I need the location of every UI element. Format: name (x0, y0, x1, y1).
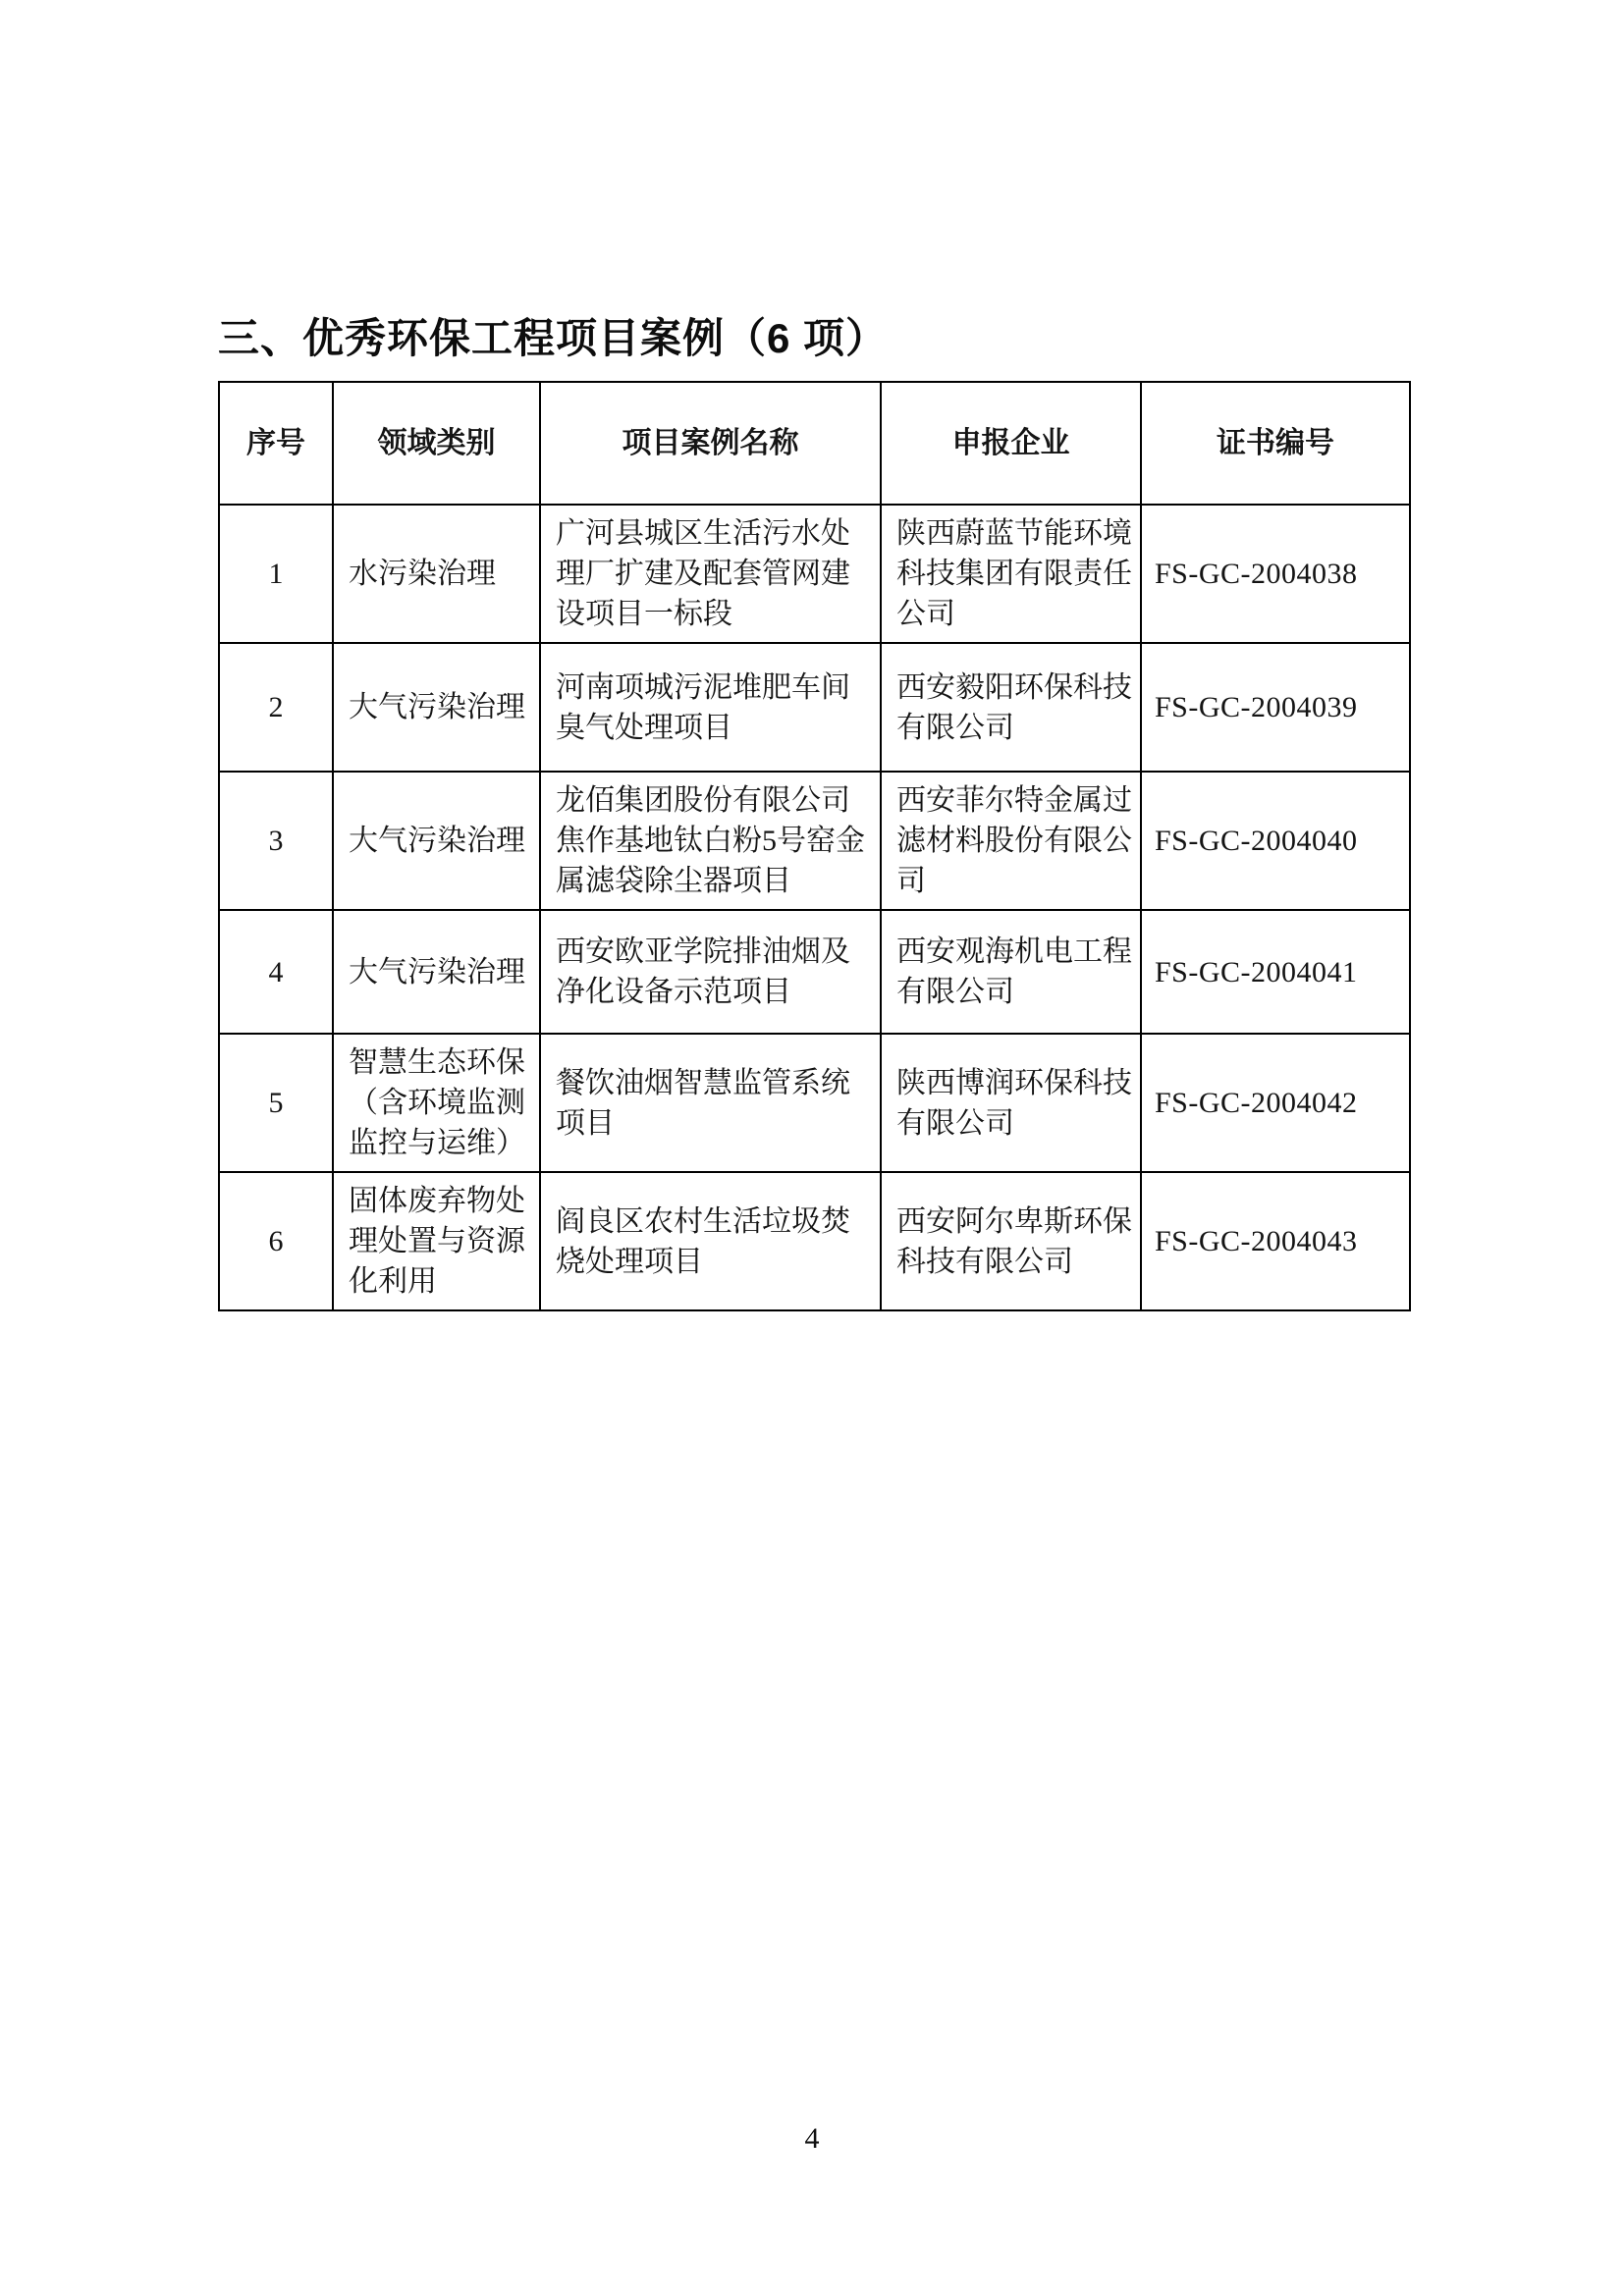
cell-project: 广河县城区生活污水处理厂扩建及配套管网建设项目一标段 (540, 505, 881, 643)
cell-cert: FS-GC-2004043 (1141, 1172, 1410, 1310)
cell-company: 西安菲尔特金属过滤材料股份有限公司 (881, 772, 1141, 910)
cell-project: 河南项城污泥堆肥车间臭气处理项目 (540, 643, 881, 772)
cell-cert: FS-GC-2004042 (1141, 1034, 1410, 1172)
cell-category: 水污染治理 (333, 505, 540, 643)
table-row: 3 大气污染治理 龙佰集团股份有限公司焦作基地钛白粉5号窑金属滤袋除尘器项目 西… (219, 772, 1410, 910)
cell-index: 2 (219, 643, 333, 772)
section-title: 三、优秀环保工程项目案例（6 项） (218, 314, 1409, 363)
table-row: 5 智慧生态环保（含环境监测监控与运维） 餐饮油烟智慧监管系统项目 陕西博润环保… (219, 1034, 1410, 1172)
cell-cert: FS-GC-2004041 (1141, 910, 1410, 1034)
cell-category: 大气污染治理 (333, 643, 540, 772)
cell-company: 西安观海机电工程有限公司 (881, 910, 1141, 1034)
cell-project: 阎良区农村生活垃圾焚烧处理项目 (540, 1172, 881, 1310)
column-header-cert: 证书编号 (1141, 382, 1410, 505)
cell-index: 6 (219, 1172, 333, 1310)
cell-index: 5 (219, 1034, 333, 1172)
cell-company: 陕西博润环保科技有限公司 (881, 1034, 1141, 1172)
table-header-row: 序号 领域类别 项目案例名称 申报企业 证书编号 (219, 382, 1410, 505)
projects-table: 序号 领域类别 项目案例名称 申报企业 证书编号 1 水污染治理 广河县城区生活… (218, 381, 1411, 1311)
cell-project: 餐饮油烟智慧监管系统项目 (540, 1034, 881, 1172)
cell-company: 陕西蔚蓝节能环境科技集团有限责任公司 (881, 505, 1141, 643)
cell-company: 西安阿尔卑斯环保科技有限公司 (881, 1172, 1141, 1310)
cell-project: 龙佰集团股份有限公司焦作基地钛白粉5号窑金属滤袋除尘器项目 (540, 772, 881, 910)
page-number: 4 (0, 2122, 1624, 2156)
cell-index: 3 (219, 772, 333, 910)
cell-index: 4 (219, 910, 333, 1034)
cell-cert: FS-GC-2004039 (1141, 643, 1410, 772)
cell-category: 智慧生态环保（含环境监测监控与运维） (333, 1034, 540, 1172)
column-header-company: 申报企业 (881, 382, 1141, 505)
table-row: 6 固体废弃物处理处置与资源化利用 阎良区农村生活垃圾焚烧处理项目 西安阿尔卑斯… (219, 1172, 1410, 1310)
cell-cert: FS-GC-2004038 (1141, 505, 1410, 643)
cell-cert: FS-GC-2004040 (1141, 772, 1410, 910)
cell-project: 西安欧亚学院排油烟及净化设备示范项目 (540, 910, 881, 1034)
cell-category: 固体废弃物处理处置与资源化利用 (333, 1172, 540, 1310)
document-page: 三、优秀环保工程项目案例（6 项） 序号 领域类别 项目案例名称 申报企业 证书… (0, 0, 1624, 2296)
table-row: 2 大气污染治理 河南项城污泥堆肥车间臭气处理项目 西安毅阳环保科技有限公司 F… (219, 643, 1410, 772)
table-row: 1 水污染治理 广河县城区生活污水处理厂扩建及配套管网建设项目一标段 陕西蔚蓝节… (219, 505, 1410, 643)
table-row: 4 大气污染治理 西安欧亚学院排油烟及净化设备示范项目 西安观海机电工程有限公司… (219, 910, 1410, 1034)
column-header-project: 项目案例名称 (540, 382, 881, 505)
document-content: 三、优秀环保工程项目案例（6 项） 序号 领域类别 项目案例名称 申报企业 证书… (218, 314, 1409, 1311)
cell-index: 1 (219, 505, 333, 643)
column-header-category: 领域类别 (333, 382, 540, 505)
column-header-index: 序号 (219, 382, 333, 505)
cell-company: 西安毅阳环保科技有限公司 (881, 643, 1141, 772)
cell-category: 大气污染治理 (333, 772, 540, 910)
cell-category: 大气污染治理 (333, 910, 540, 1034)
